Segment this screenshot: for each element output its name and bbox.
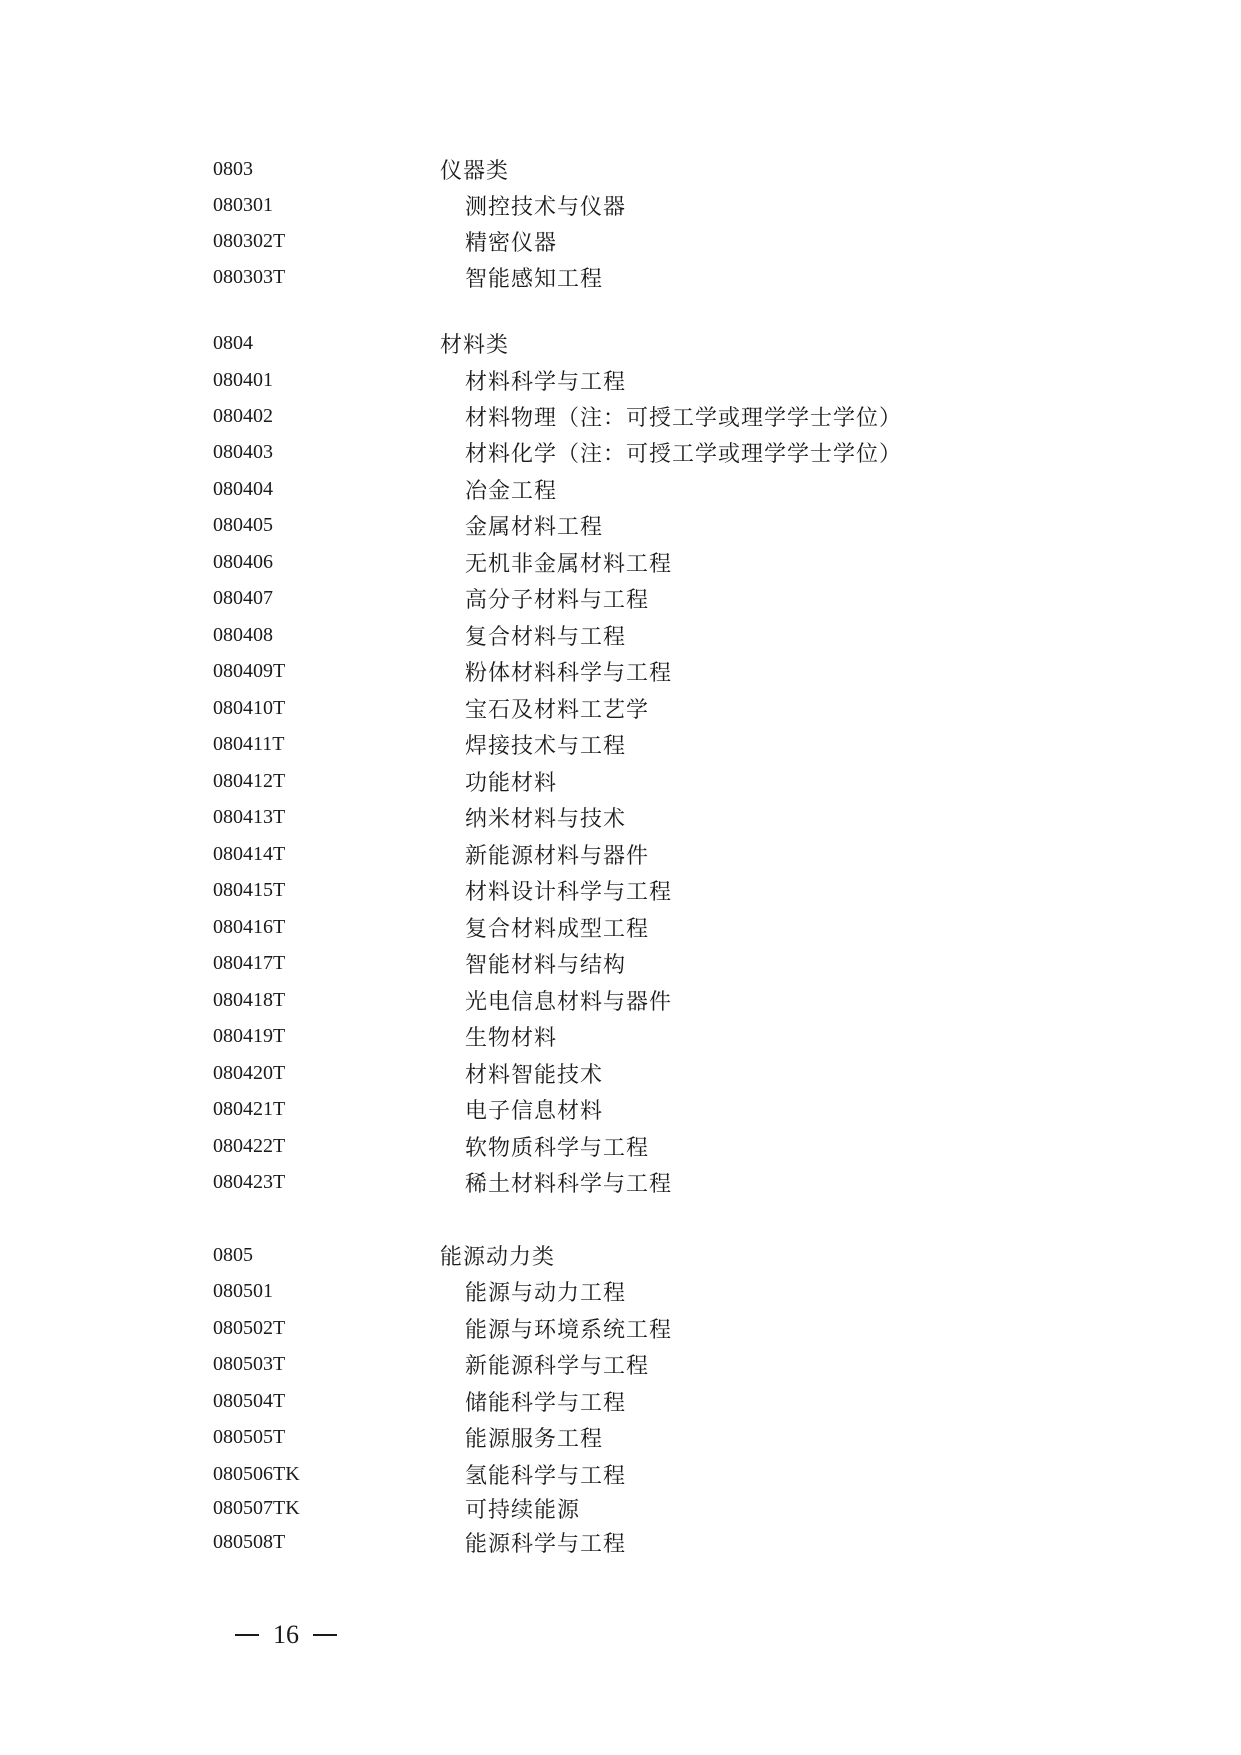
major-name: 智能感知工程 [465, 262, 603, 293]
major-code: 080416T [213, 916, 285, 939]
major-name: 可持续能源 [465, 1493, 580, 1524]
major-name: 材料智能技术 [465, 1058, 603, 1089]
major-row: 080415T 材料设计科学与工程 [213, 873, 1013, 907]
major-code: 080401 [213, 369, 273, 392]
category-code: 0805 [213, 1244, 253, 1267]
category-row: 0805 能源动力类 [213, 1238, 1013, 1272]
major-row: 080411T 焊接技术与工程 [213, 727, 1013, 761]
page-footer: 16 [235, 1620, 337, 1650]
dash-right [313, 1634, 337, 1636]
category-name: 仪器类 [440, 154, 509, 185]
major-name: 金属材料工程 [465, 510, 603, 541]
major-code: 080415T [213, 879, 285, 902]
document-page: 0803 仪器类 080301 测控技术与仪器 080302T 精密仪器 080… [0, 0, 1241, 1755]
category-row: 0803 仪器类 [213, 152, 1013, 186]
major-row: 080301 测控技术与仪器 [213, 188, 1013, 222]
major-row: 080405 金属材料工程 [213, 508, 1013, 542]
major-code: 080406 [213, 551, 273, 574]
major-row: 080505T 能源服务工程 [213, 1420, 1013, 1454]
major-name: 高分子材料与工程 [465, 583, 649, 614]
major-row: 080404 冶金工程 [213, 472, 1013, 506]
major-code: 080422T [213, 1135, 285, 1158]
major-code: 080403 [213, 441, 273, 464]
major-name: 复合材料成型工程 [465, 912, 649, 943]
major-code: 080502T [213, 1317, 285, 1340]
major-row: 080502T 能源与环境系统工程 [213, 1311, 1013, 1345]
major-row: 080410T 宝石及材料工艺学 [213, 691, 1013, 725]
major-name: 光电信息材料与器件 [465, 985, 672, 1016]
major-name: 能源与环境系统工程 [465, 1313, 672, 1344]
category-name: 能源动力类 [440, 1240, 555, 1271]
major-name: 材料物理（注：可授工学或理学学士学位） [465, 401, 902, 432]
major-name: 材料设计科学与工程 [465, 875, 672, 906]
major-name: 能源科学与工程 [465, 1527, 626, 1558]
major-row: 080406 无机非金属材料工程 [213, 545, 1013, 579]
major-row: 080413T 纳米材料与技术 [213, 800, 1013, 834]
major-name: 生物材料 [465, 1021, 557, 1052]
major-code: 080419T [213, 1025, 285, 1048]
major-code: 080501 [213, 1280, 273, 1303]
major-code: 080413T [213, 806, 285, 829]
major-name: 新能源材料与器件 [465, 839, 649, 870]
major-row: 080417T 智能材料与结构 [213, 946, 1013, 980]
major-name: 新能源科学与工程 [465, 1349, 649, 1380]
category-row: 0804 材料类 [213, 326, 1013, 360]
major-code: 080408 [213, 624, 273, 647]
category-name: 材料类 [440, 328, 509, 359]
major-name: 智能材料与结构 [465, 948, 626, 979]
major-row: 080416T 复合材料成型工程 [213, 910, 1013, 944]
major-row: 080303T 智能感知工程 [213, 260, 1013, 294]
major-name: 氢能科学与工程 [465, 1459, 626, 1490]
major-code: 080402 [213, 405, 273, 428]
major-code: 080414T [213, 843, 285, 866]
major-name: 软物质科学与工程 [465, 1131, 649, 1162]
major-name: 无机非金属材料工程 [465, 547, 672, 578]
major-row: 080421T 电子信息材料 [213, 1092, 1013, 1126]
major-code: 080302T [213, 230, 285, 253]
major-name: 储能科学与工程 [465, 1386, 626, 1417]
major-code: 080404 [213, 478, 273, 501]
major-name: 材料化学（注：可授工学或理学学士学位） [465, 437, 902, 468]
major-row: 080506TK 氢能科学与工程 [213, 1457, 1013, 1491]
major-code: 080303T [213, 266, 285, 289]
major-code: 080411T [213, 733, 284, 756]
major-code: 080301 [213, 194, 273, 217]
major-name: 电子信息材料 [465, 1094, 603, 1125]
major-code: 080423T [213, 1171, 285, 1194]
major-code: 080420T [213, 1062, 285, 1085]
major-code: 080507TK [213, 1497, 300, 1520]
major-row: 080302T 精密仪器 [213, 224, 1013, 258]
dash-left [235, 1634, 259, 1636]
major-name: 功能材料 [465, 766, 557, 797]
major-name: 测控技术与仪器 [465, 190, 626, 221]
major-name: 冶金工程 [465, 474, 557, 505]
major-code: 080417T [213, 952, 285, 975]
major-name: 稀土材料科学与工程 [465, 1167, 672, 1198]
major-name: 宝石及材料工艺学 [465, 693, 649, 724]
major-row: 080408 复合材料与工程 [213, 618, 1013, 652]
major-name: 复合材料与工程 [465, 620, 626, 651]
major-code: 080410T [213, 697, 285, 720]
major-code: 080505T [213, 1426, 285, 1449]
major-row: 080420T 材料智能技术 [213, 1056, 1013, 1090]
major-name: 纳米材料与技术 [465, 802, 626, 833]
major-name: 能源与动力工程 [465, 1276, 626, 1307]
major-row: 080503T 新能源科学与工程 [213, 1347, 1013, 1381]
major-row: 080507TK 可持续能源 [213, 1491, 1013, 1525]
major-name: 焊接技术与工程 [465, 729, 626, 760]
major-code: 080421T [213, 1098, 285, 1121]
major-row: 080418T 光电信息材料与器件 [213, 983, 1013, 1017]
major-code: 080504T [213, 1390, 285, 1413]
major-row: 080501 能源与动力工程 [213, 1274, 1013, 1308]
major-code: 080508T [213, 1531, 285, 1554]
major-row: 080403 材料化学（注：可授工学或理学学士学位） [213, 435, 1013, 469]
major-code: 080418T [213, 989, 285, 1012]
major-code: 080407 [213, 587, 273, 610]
major-row: 080414T 新能源材料与器件 [213, 837, 1013, 871]
major-code: 080409T [213, 660, 285, 683]
major-name: 粉体材料科学与工程 [465, 656, 672, 687]
major-name: 精密仪器 [465, 226, 557, 257]
major-row: 080423T 稀土材料科学与工程 [213, 1165, 1013, 1199]
major-row: 080504T 储能科学与工程 [213, 1384, 1013, 1418]
category-code: 0804 [213, 332, 253, 355]
major-row: 080401 材料科学与工程 [213, 363, 1013, 397]
major-name: 材料科学与工程 [465, 365, 626, 396]
major-row: 080422T 软物质科学与工程 [213, 1129, 1013, 1163]
major-row: 080407 高分子材料与工程 [213, 581, 1013, 615]
page-number: 16 [273, 1620, 299, 1650]
major-name: 能源服务工程 [465, 1422, 603, 1453]
category-code: 0803 [213, 158, 253, 181]
major-row: 080412T 功能材料 [213, 764, 1013, 798]
major-row: 080409T 粉体材料科学与工程 [213, 654, 1013, 688]
major-code: 080506TK [213, 1463, 300, 1486]
major-row: 080402 材料物理（注：可授工学或理学学士学位） [213, 399, 1013, 433]
major-code: 080405 [213, 514, 273, 537]
major-code: 080412T [213, 770, 285, 793]
major-row: 080508T 能源科学与工程 [213, 1525, 1013, 1559]
major-row: 080419T 生物材料 [213, 1019, 1013, 1053]
major-code: 080503T [213, 1353, 285, 1376]
